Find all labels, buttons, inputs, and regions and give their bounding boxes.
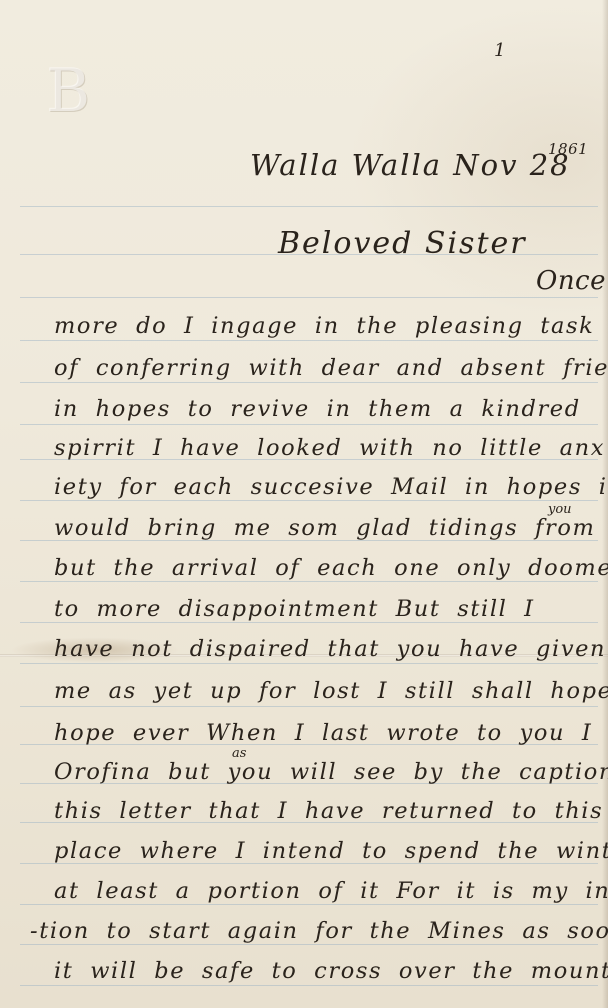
salutation: Beloved Sister [278,226,527,261]
letter-line: place where I intend to spend the winter… [54,838,608,864]
page-number: 1 [494,40,506,61]
letter-line: but the arrival of each one only doomed … [54,555,608,581]
letter-line: would bring me som glad tidings from [54,515,595,541]
letter-line: of conferring with dear and absent frien… [54,355,608,381]
letter-line: more do I ingage in the pleasing task [54,313,594,339]
letter-line: this letter that I have returned to this [54,798,603,824]
letter-line: Orofina but you will see by the caption … [54,759,608,785]
letter-text: 1 Walla Walla Nov 28 1861 Beloved Sister… [0,0,608,1008]
opening-word: Once [536,266,606,296]
letter-line: spirrit I have looked with no little anx [54,435,605,461]
letter-line: in hopes to revive in them a kindred [54,396,581,422]
letter-line: hope ever When I last wrote to you I was… [54,720,608,746]
letter-line: have not dispaired that you have given [54,636,606,662]
letter-line: it will be safe to cross over the mounta… [54,958,608,984]
letter-line: me as yet up for lost I still shall hope… [54,678,608,704]
letter-line: at least a portion of it For it is my in… [54,878,608,904]
dateline: Walla Walla Nov 28 [250,148,571,182]
letter-page: B 1 Walla Walla Nov 28 1861 Beloved Sist… [0,0,608,1008]
year-annotation: 1861 [548,140,588,158]
letter-line: iety for each succesive Mail in hopes it [54,474,608,500]
letter-line: to more disappointment But still I [54,596,535,622]
letter-line: -tion to start again for the Mines as so… [30,918,608,944]
